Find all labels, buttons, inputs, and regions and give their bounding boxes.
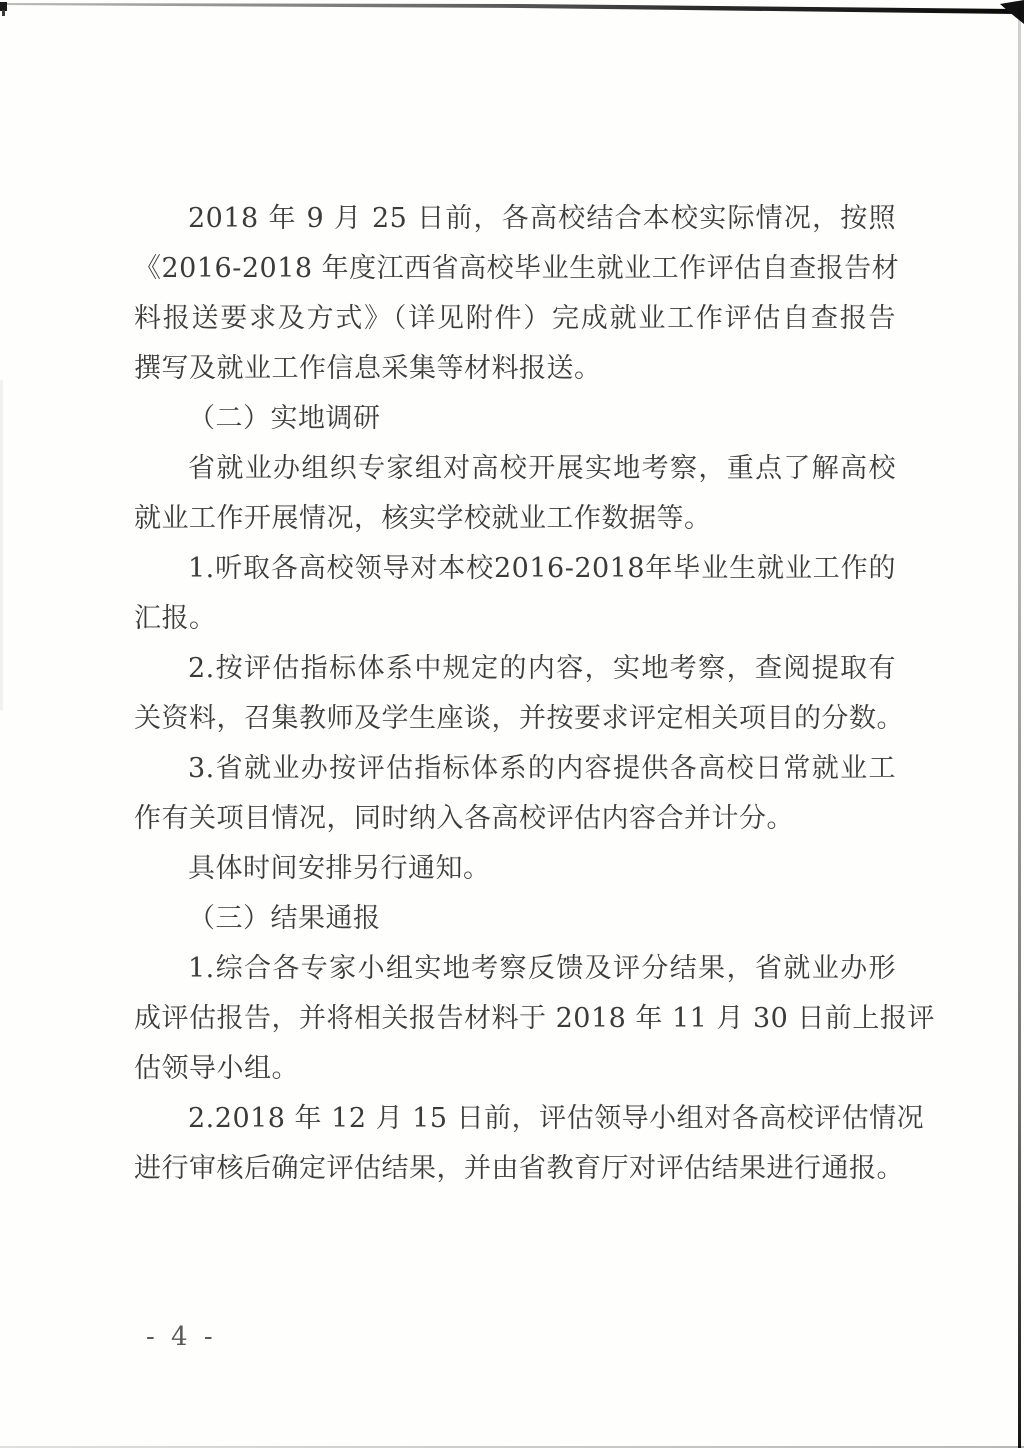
scan-edge-top (0, 0, 1024, 30)
section-heading-3: （三）结果通报 (134, 894, 896, 944)
scan-top-line (0, 3, 1016, 14)
section-heading-2: （二）实地调研 (134, 394, 896, 444)
text-line: 进行审核后确定评估结果，并由省教育厅对评估结果进行通报。 (134, 1144, 896, 1194)
text-line: 1.听取各高校领导对本校2016-2018年毕业生就业工作的 (134, 544, 896, 594)
text-line: 2.按评估指标体系中规定的内容，实地考察，查阅提取有 (134, 644, 896, 694)
page-number: - 4 - (146, 1320, 217, 1354)
text-line: 撰写及就业工作信息采集等材料报送。 (134, 344, 896, 394)
text-line: 作有关项目情况，同时纳入各高校评估内容合并计分。 (134, 794, 896, 844)
text-line: 估领导小组。 (134, 1044, 896, 1094)
text-line: 《2016-2018 年度江西省高校毕业生就业工作评估自查报告材 (134, 244, 896, 294)
text-line: 2018 年 9 月 25 日前，各高校结合本校实际情况，按照 (134, 194, 896, 244)
text-line: 就业工作开展情况，核实学校就业工作数据等。 (134, 494, 896, 544)
text-line: 1.综合各专家小组实地考察反馈及评分结果，省就业办形 (134, 944, 896, 994)
text-line: 具体时间安排另行通知。 (134, 844, 896, 894)
text-line: 料报送要求及方式》（详见附件）完成就业工作评估自查报告 (134, 294, 896, 344)
scan-edge-right (1018, 8, 1021, 1448)
text-line: 汇报。 (134, 594, 896, 644)
text-line: 2.2018 年 12 月 15 日前，评估领导小组对各高校评估情况 (134, 1094, 896, 1144)
text-line: 3.省就业办按评估指标体系的内容提供各高校日常就业工 (134, 744, 896, 794)
scan-speck-top-left-tail (2, 10, 5, 16)
scan-speck-top-left (0, 2, 7, 11)
text-line: 关资料，召集教师及学生座谈，并按要求评定相关项目的分数。 (134, 694, 896, 744)
text-line: 成评估报告，并将相关报告材料于 2018 年 11 月 30 日前上报评 (134, 994, 896, 1044)
scan-smudge-left (0, 380, 3, 710)
scanned-document-page: 2018 年 9 月 25 日前，各高校结合本校实际情况，按照 《2016-20… (0, 0, 1024, 1448)
text-line: 省就业办组织专家组对高校开展实地考察，重点了解高校 (134, 444, 896, 494)
document-body: 2018 年 9 月 25 日前，各高校结合本校实际情况，按照 《2016-20… (134, 194, 896, 1194)
